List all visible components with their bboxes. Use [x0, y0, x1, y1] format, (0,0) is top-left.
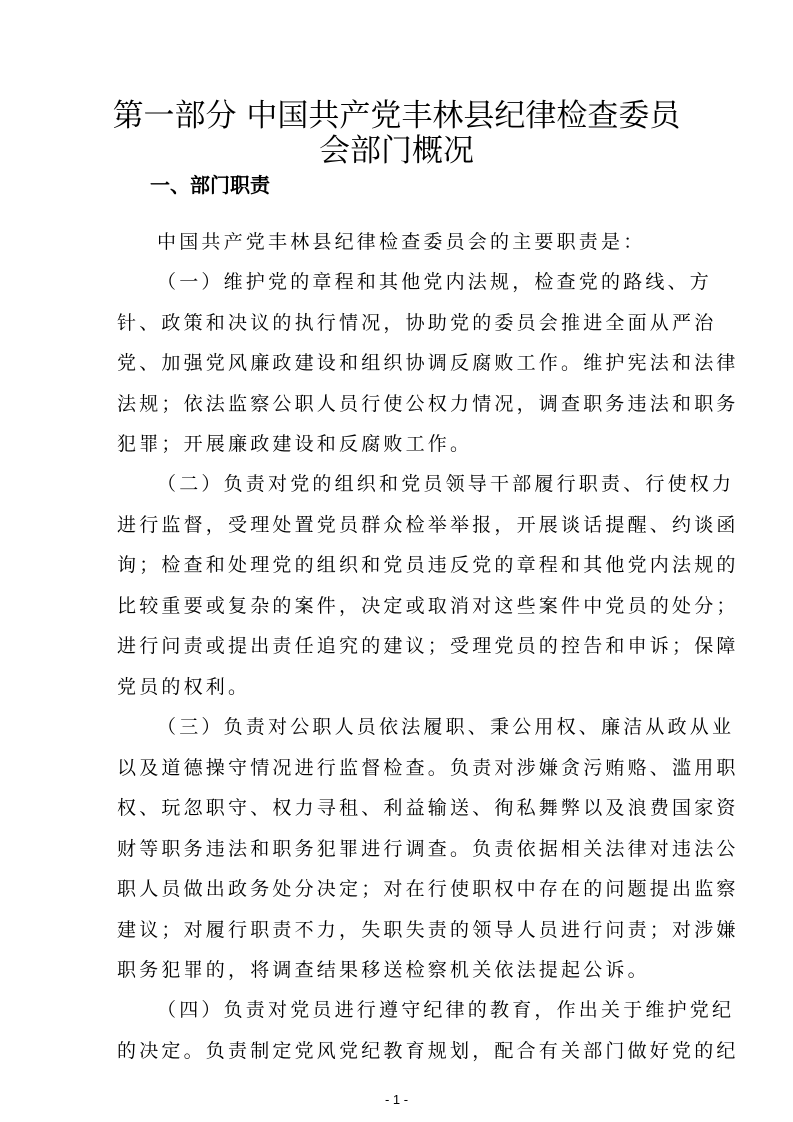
paragraph-duty-1: （一）维护党的章程和其他党内法规，检查党的路线、方 针、政策和决议的执行情况，协… — [117, 262, 697, 465]
text-line: 进行监督，受理处置党员群众检举举报，开展谈话提醒、约谈函 — [117, 505, 697, 546]
text-line: 建议；对履行职责不力，失职失责的领导人员进行问责；对涉嫌 — [117, 910, 697, 951]
text-line: 权、玩忽职守、权力寻租、利益输送、徇私舞弊以及浪费国家资 — [117, 788, 697, 829]
title-line-1: 第一部分 中国共产党丰林县纪律检查委员 — [0, 99, 793, 134]
section-heading: 一、部门职责 — [150, 170, 270, 200]
text-line: 职务犯罪的，将调查结果移送检察机关依法提起公诉。 — [117, 950, 697, 991]
text-line: （一）维护党的章程和其他党内法规，检查党的路线、方 — [117, 262, 697, 303]
text-line: （四）负责对党员进行遵守纪律的教育，作出关于维护党纪 — [117, 990, 697, 1031]
page-number: - 1 - — [0, 1092, 793, 1108]
text-line: 比较重要或复杂的案件，决定或取消对这些案件中党员的处分； — [117, 586, 697, 627]
paragraph-duty-2: （二）负责对党的组织和党员领导干部履行职责、行使权力 进行监督，受理处置党员群众… — [117, 464, 697, 707]
text-line: 犯罪；开展廉政建设和反腐败工作。 — [117, 424, 697, 465]
text-line: （二）负责对党的组织和党员领导干部履行职责、行使权力 — [117, 464, 697, 505]
paragraph-duty-3: （三）负责对公职人员依法履职、秉公用权、廉洁从政从业 以及道德操守情况进行监督检… — [117, 707, 697, 991]
paragraph-duty-4: （四）负责对党员进行遵守纪律的教育，作出关于维护党纪 的决定。负责制定党风党纪教… — [117, 990, 697, 1071]
document-title: 第一部分 中国共产党丰林县纪律检查委员 会部门概况 — [0, 99, 793, 169]
text-line: 财等职务违法和职务犯罪进行调查。负责依据相关法律对违法公 — [117, 829, 697, 870]
text-line: 进行问责或提出责任追究的建议；受理党员的控告和申诉；保障 — [117, 626, 697, 667]
title-line-2: 会部门概况 — [0, 134, 793, 169]
text-line: 职人员做出政务处分决定；对在行使职权中存在的问题提出监察 — [117, 869, 697, 910]
text-line: 询；检查和处理党的组织和党员违反党的章程和其他党内法规的 — [117, 545, 697, 586]
text-line: （三）负责对公职人员依法履职、秉公用权、廉洁从政从业 — [117, 707, 697, 748]
text-line: 针、政策和决议的执行情况，协助党的委员会推进全面从严治 — [117, 303, 697, 344]
text-line: 以及道德操守情况进行监督检查。负责对涉嫌贪污贿赂、滥用职 — [117, 748, 697, 789]
document-page: 第一部分 中国共产党丰林县纪律检查委员 会部门概况 一、部门职责 中国共产党丰林… — [0, 0, 793, 1122]
text-line: 法规；依法监察公职人员行使公权力情况，调查职务违法和职务 — [117, 384, 697, 425]
paragraph-intro: 中国共产党丰林县纪律检查委员会的主要职责是： — [117, 222, 697, 263]
text-line: 党、加强党风廉政建设和组织协调反腐败工作。维护宪法和法律 — [117, 343, 697, 384]
text-line: 党员的权利。 — [117, 667, 697, 708]
text-line: 中国共产党丰林县纪律检查委员会的主要职责是： — [117, 222, 697, 263]
text-line: 的决定。负责制定党风党纪教育规划，配合有关部门做好党的纪 — [117, 1031, 697, 1072]
